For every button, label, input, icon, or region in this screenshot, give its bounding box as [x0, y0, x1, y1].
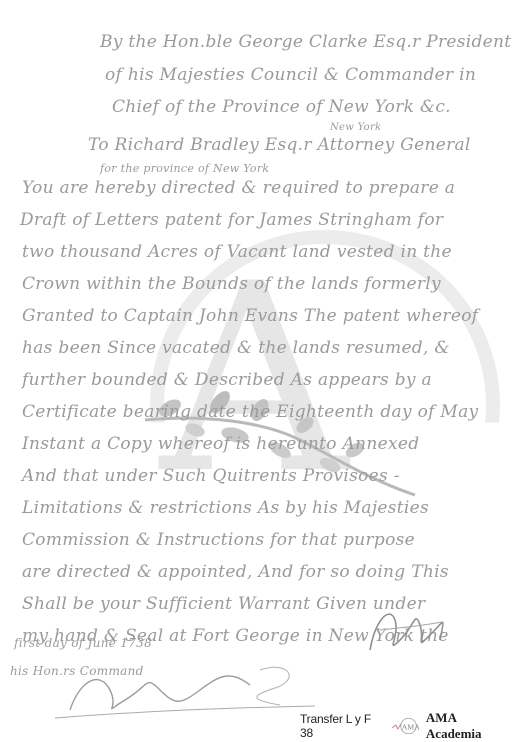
signature-secretary: [50, 660, 320, 720]
text-line: Granted to Captain John Evans The patent…: [22, 306, 478, 326]
text-line: Instant a Copy whereof is hereunto Annex…: [22, 434, 419, 454]
text-line: of his Majesties Council & Commander in: [105, 65, 476, 85]
text-line: You are hereby directed & required to pr…: [22, 178, 455, 198]
svg-text:AMA: AMA: [401, 722, 419, 731]
text-line: two thousand Acres of Vacant land vested…: [22, 242, 452, 262]
text-line: for the province of New York: [100, 162, 269, 175]
ama-logo-icon: AMA: [391, 716, 420, 736]
footer-brand: AMA Academia: [426, 710, 512, 742]
text-line: Certificate bearing date the Eighteenth …: [22, 402, 478, 422]
text-line: Draft of Letters patent for James String…: [20, 210, 443, 230]
footer-credit: Transfer L y F 38 AMA AMA Academia: [300, 716, 512, 736]
text-line: Commission & Instructions for that purpo…: [22, 530, 415, 550]
footer-caption: Transfer L y F 38: [300, 712, 385, 740]
document-page: A By the Hon.ble George Clarke Esq.r Pre…: [0, 0, 512, 742]
text-line: are directed & appointed, And for so doi…: [22, 562, 449, 582]
text-line: Limitations & restrictions As by his Maj…: [22, 498, 429, 518]
signature-george-clarke: [360, 600, 450, 660]
text-line: Chief of the Province of New York &c.: [112, 97, 451, 117]
text-line: Crown within the Bounds of the lands for…: [22, 274, 441, 294]
text-line: first day of June 1738: [14, 636, 152, 650]
text-line: By the Hon.ble George Clarke Esq.r Presi…: [100, 32, 511, 52]
text-line: further bounded & Described As appears b…: [22, 370, 432, 390]
text-line: has been Since vacated & the lands resum…: [22, 338, 450, 358]
text-line: To Richard Bradley Esq.r Attorney Genera…: [88, 135, 471, 155]
text-line: And that under Such Quitrents Provisoes …: [22, 466, 400, 486]
text-line: New York: [330, 122, 381, 133]
